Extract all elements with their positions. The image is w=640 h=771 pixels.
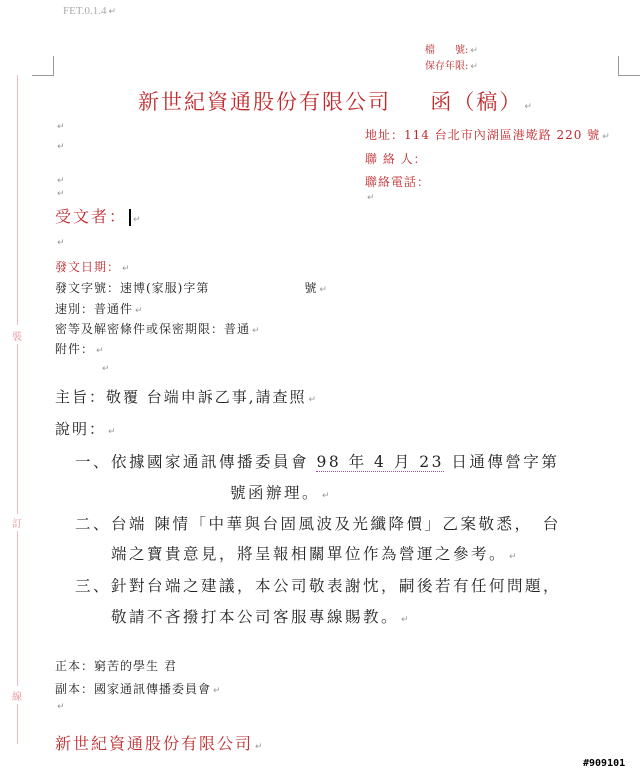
version-code: FET.0.1.4↵ [63, 5, 116, 17]
paragraph-mark: ↵ [57, 189, 65, 199]
crop-mark-top-right [618, 56, 640, 76]
explanation-item-3: 三、針對台端之建議，本公司敬表謝忱，嗣後若有任何問題， [75, 574, 561, 596]
contact-person: 聯 絡 人： [365, 150, 427, 167]
document-title: 新世紀資通股份有限公司 函（稿）↵ [138, 86, 534, 116]
binding-line [17, 531, 18, 686]
issue-date: 發文日期：↵ [55, 258, 131, 275]
paragraph-mark: ↵ [367, 193, 375, 203]
binding-char-ding: 訂 [10, 515, 24, 530]
attachment: 附件：↵ [55, 340, 105, 357]
contact-phone: 聯絡電話： [365, 173, 430, 190]
paragraph-mark: ↵ [57, 176, 65, 186]
paragraph-mark: ↵ [57, 238, 65, 248]
issue-number: 發文字號：速博(家服)字第號↵ [55, 279, 328, 296]
subject: 主旨：敬覆 台端申訴乙事,請查照↵ [55, 386, 318, 407]
company-name: 新世紀資通股份有限公司 [138, 90, 391, 114]
document-type: 函（稿） [430, 90, 522, 114]
paragraph-mark: ↵ [57, 142, 65, 152]
binding-char-zhuang: 裝 [10, 328, 24, 343]
binding-line [17, 75, 18, 325]
binding-line [17, 344, 18, 514]
confidentiality: 密等及解密條件或保密期限：普通↵ [55, 320, 261, 337]
explanation-item-1: 一、依據國家通訊傳播委員會 98 年 4 月 23 日通傳營字第 [75, 450, 559, 472]
file-number-label: 檔 號:↵ [425, 41, 478, 56]
original-copy-recipient: 正本：窮苦的學生 君 [55, 657, 177, 674]
footer-company-name: 新世紀資通股份有限公司↵ [55, 731, 265, 754]
address: 地址：114 台北市內湖區港墘路 220 號↵ [365, 126, 611, 143]
explanation-item-1-cont: 號函辦理。↵ [230, 481, 332, 503]
delivery-type: 速別：普通件↵ [55, 300, 144, 317]
recipient-field[interactable]: 受文者：↵ [55, 204, 143, 227]
binding-line [17, 704, 18, 744]
carbon-copy-recipient: 副本：國家通訊傳播委員會↵ [55, 680, 222, 697]
paragraph-mark: ↵ [57, 702, 65, 712]
explanation-label: 說明：↵ [55, 418, 118, 439]
explanation-item-3-cont: 敬請不吝撥打本公司客服專線賜教。↵ [111, 605, 411, 627]
retention-period-label: 保存年限:↵ [425, 57, 478, 72]
binding-char-xian: 線 [10, 688, 24, 703]
paragraph-mark: ↵ [102, 364, 110, 374]
explanation-item-2: 二、台端 陳情「中華與台固風波及光纖降價」乙案敬悉， 台 [75, 512, 561, 534]
text-cursor [129, 209, 131, 226]
paragraph-mark: ↵ [57, 122, 65, 132]
watermark-id: #909101 [583, 758, 625, 769]
crop-mark-top-left [32, 56, 54, 76]
explanation-item-2-cont: 端之寶貴意見，將呈報相關單位作為營運之參考。↵ [111, 542, 519, 564]
